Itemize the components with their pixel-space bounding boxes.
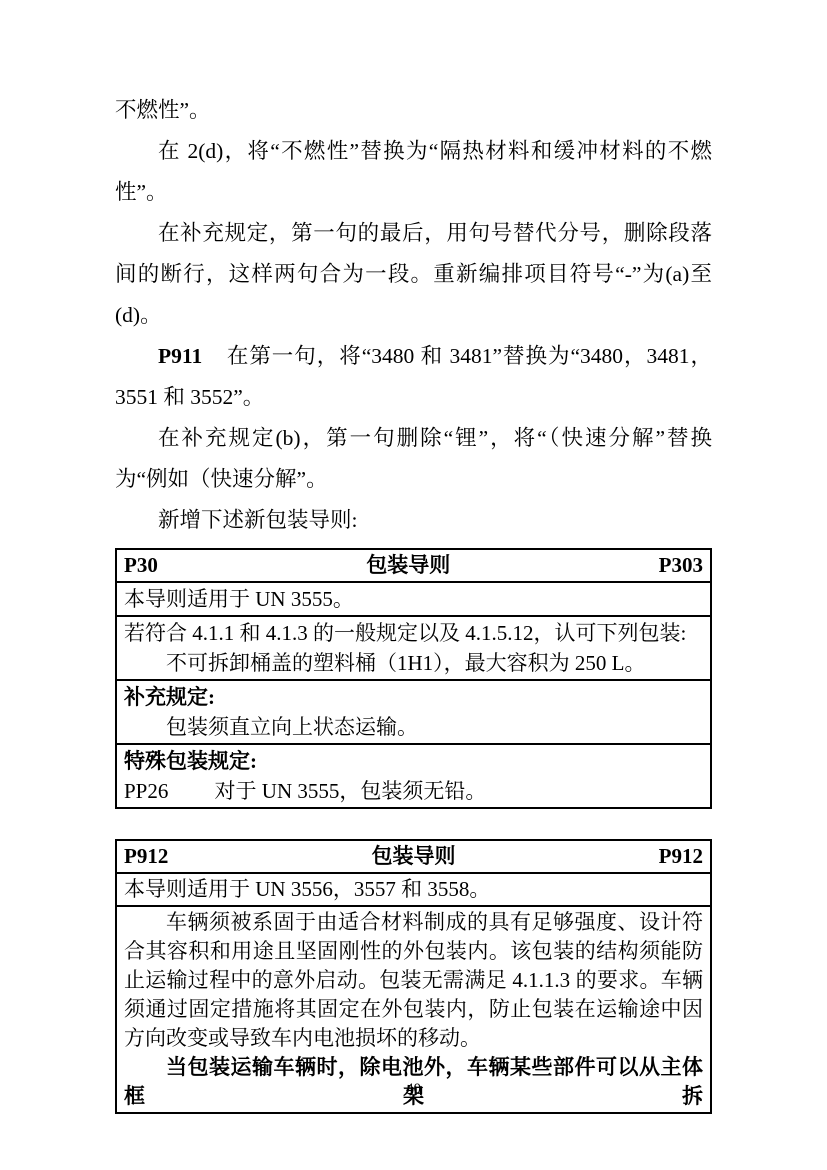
table-p303-applicability-row: 本导则适用于 UN 3555。: [117, 583, 710, 617]
p911-text: 在第一句，将“3480 和 3481”替换为“3480，3481，3551 和 …: [115, 344, 712, 409]
paragraph-amendment-2d: 在 2(d)，将“不燃性”替换为“隔热材料和缓冲材料的不燃性”。: [115, 131, 712, 213]
page-content: 不燃性”。 在 2(d)，将“不燃性”替换为“隔热材料和缓冲材料的不燃性”。 在…: [115, 90, 712, 1114]
paragraph-p911-amendment: P911在第一句，将“3480 和 3481”替换为“3480，3481，355…: [115, 336, 712, 418]
packing-intro-text: 若符合 4.1.1 和 4.1.3 的一般规定以及 4.1.5.12，认可下列包…: [124, 618, 703, 648]
table-p303-code-left: P30: [124, 551, 158, 580]
special-provision-heading: 特殊包装规定:: [124, 746, 703, 776]
applicability-text: 本导则适用于 UN 3556，3557 和 3558。: [124, 877, 490, 901]
table-p303-title: 包装导则: [158, 551, 659, 580]
applicability-text: 本导则适用于 UN 3555。: [124, 587, 354, 611]
table-p303-header: P30 包装导则 P303: [117, 550, 710, 583]
paragraph-p911b-amendment: 在补充规定(b)，第一句删除“锂”，将“（快速分解”替换为“例如（快速分解”。: [115, 418, 712, 500]
table-p912-applicability-row: 本导则适用于 UN 3556，3557 和 3558。: [117, 874, 710, 907]
special-provision-line: PP26对于 UN 3555，包装须无铅。: [124, 776, 703, 806]
table-p912-header: P912 包装导则 P912: [117, 841, 710, 874]
table-p303-special-provision-row: 特殊包装规定: PP26对于 UN 3555，包装须无铅。: [117, 745, 710, 807]
table-p303-code-right: P303: [659, 551, 703, 580]
paragraph-continuation: 不燃性”。: [115, 90, 712, 131]
table-p912-title: 包装导则: [168, 842, 658, 871]
special-provision-code: PP26: [124, 779, 168, 803]
additional-provision-text: 包装须直立向上状态运输。: [124, 712, 703, 742]
packing-table-p303: P30 包装导则 P303 本导则适用于 UN 3555。 若符合 4.1.1 …: [115, 548, 712, 809]
additional-provision-heading: 补充规定:: [124, 682, 703, 712]
table-p303-additional-provision-row: 补充规定: 包装须直立向上状态运输。: [117, 681, 710, 745]
paragraph-amendment-supplementary: 在补充规定，第一句的最后，用句号替代分号，删除段落间的断行，这样两句合为一段。重…: [115, 213, 712, 336]
page-number: 40: [0, 1081, 827, 1098]
paragraph-new-packing-instruction-intro: 新增下述新包装导则:: [115, 500, 712, 541]
packing-item-text: 不可拆卸桶盖的塑料桶（1H1），最大容积为 250 L。: [124, 648, 703, 678]
table-p303-approved-packagings-row: 若符合 4.1.1 和 4.1.3 的一般规定以及 4.1.5.12，认可下列包…: [117, 617, 710, 681]
document-page: 不燃性”。 在 2(d)，将“不燃性”替换为“隔热材料和缓冲材料的不燃性”。 在…: [0, 0, 827, 1170]
special-provision-text: 对于 UN 3555，包装须无铅。: [215, 779, 487, 803]
packing-table-p912: P912 包装导则 P912 本导则适用于 UN 3556，3557 和 355…: [115, 839, 712, 1114]
vehicle-packing-paragraph: 车辆须被系固于由适合材料制成的具有足够强度、设计符合其容积和用途且坚固刚性的外包…: [124, 908, 703, 1053]
p911-code: P911: [158, 344, 202, 368]
table-p912-code-left: P912: [124, 842, 168, 871]
table-p912-code-right: P912: [659, 842, 703, 871]
